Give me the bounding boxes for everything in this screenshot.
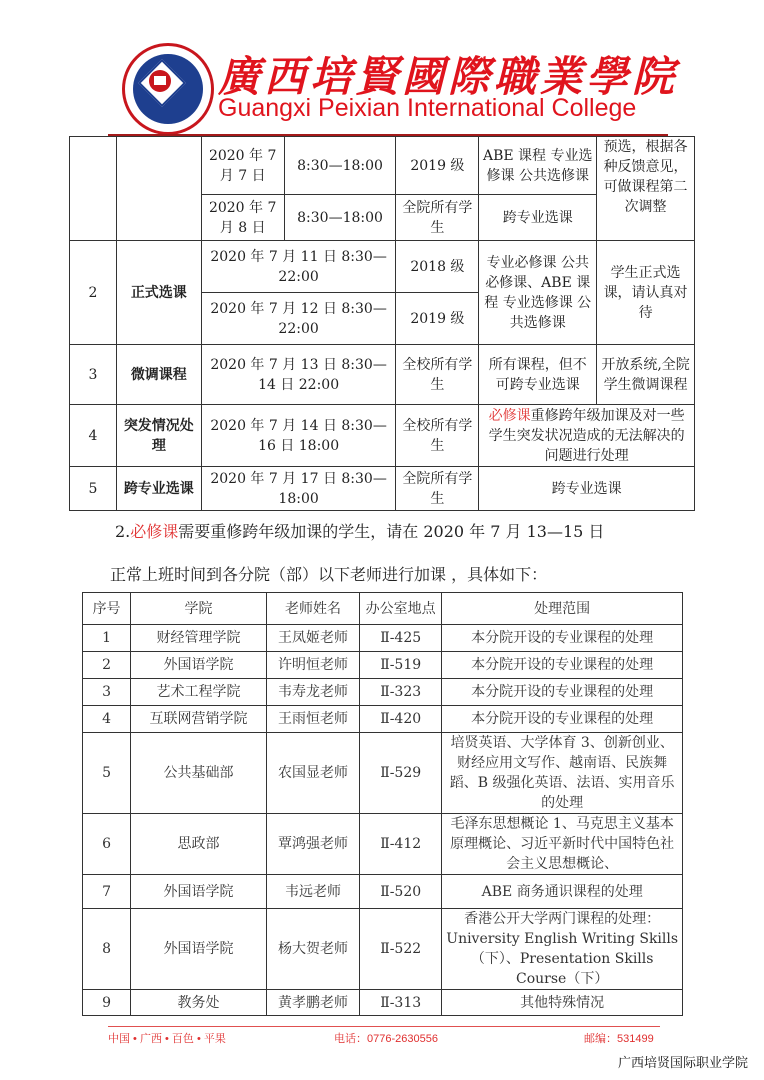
table-row: 5公共基础部农国显老师Ⅱ-529培贤英语、大学体育 3、创新创业、财经应用文写作… <box>83 733 683 814</box>
table-row: 4 突发情况处理 2020 年 7 月 14 日 8:30—16 日 18:00… <box>70 405 695 467</box>
footer-divider <box>108 1026 660 1027</box>
footer-postcode: 邮编：531499 <box>584 1030 654 1046</box>
table-row: 2 正式选课 2020 年 7 月 11 日 8:30—22:00 2018 级… <box>70 241 695 293</box>
table-row: 8外国语学院杨大贺老师Ⅱ-522香港公开大学两门课程的处理：University… <box>83 909 683 990</box>
teacher-contact-table: 序号 学院 老师姓名 办公室地点 处理范围 1财经管理学院王凤姬老师Ⅱ-425本… <box>82 592 683 1016</box>
table-row: 4互联网营销学院王雨恒老师Ⅱ-420本分院开设的专业课程的处理 <box>83 706 683 733</box>
table-row: 7外国语学院韦远老师Ⅱ-520ABE 商务通识课程的处理 <box>83 875 683 909</box>
letterhead: 廣西培賢國際職業學院 Guangxi Peixian International… <box>0 0 764 135</box>
course-selection-schedule-table: 2020 年 7 月 7 日 8:30—18:00 2019 级 ABE 课程 … <box>69 136 695 511</box>
college-seal-logo-icon <box>122 43 214 135</box>
college-name-en: Guangxi Peixian International College <box>218 94 636 123</box>
table-row: 5 跨专业选课 2020 年 7 月 17 日 8:30—18:00 全院所有学… <box>70 467 695 511</box>
footer-phone: 电话：0776-2630556 <box>334 1030 438 1046</box>
table-row: 1财经管理学院王凤姬老师Ⅱ-425本分院开设的专业课程的处理 <box>83 625 683 652</box>
table-header-row: 序号 学院 老师姓名 办公室地点 处理范围 <box>83 593 683 625</box>
table-row: 2020 年 7 月 7 日 8:30—18:00 2019 级 ABE 课程 … <box>70 137 695 195</box>
footer-brand: 广西培贤国际职业学院 <box>618 1052 748 1071</box>
notice-paragraph-line2: 正常上班时间到各分院（部）以下老师进行加课 ，具体如下： <box>110 562 547 585</box>
table-row: 2外国语学院许明恒老师Ⅱ-519本分院开设的专业课程的处理 <box>83 652 683 679</box>
table-row: 9教务处黄孝鹏老师Ⅱ-313其他特殊情况 <box>83 990 683 1016</box>
footer-address: 中国 • 广西 • 百色 • 平果 <box>108 1030 226 1046</box>
table-row: 3艺术工程学院韦寿龙老师Ⅱ-323本分院开设的专业课程的处理 <box>83 679 683 706</box>
required-course-highlight: 必修课 <box>489 408 531 424</box>
table-row: 6思政部覃鸿强老师Ⅱ-412毛泽东思想概论 1、马克思主义基本原理概论、习近平新… <box>83 814 683 875</box>
table-row: 3 微调课程 2020 年 7 月 13 日 8:30—14 日 22:00 全… <box>70 345 695 405</box>
notice-paragraph-line1: 2.必修课需要重修跨年级加课的学生，请在 2020 年 7 月 13—15 日 <box>115 519 604 542</box>
